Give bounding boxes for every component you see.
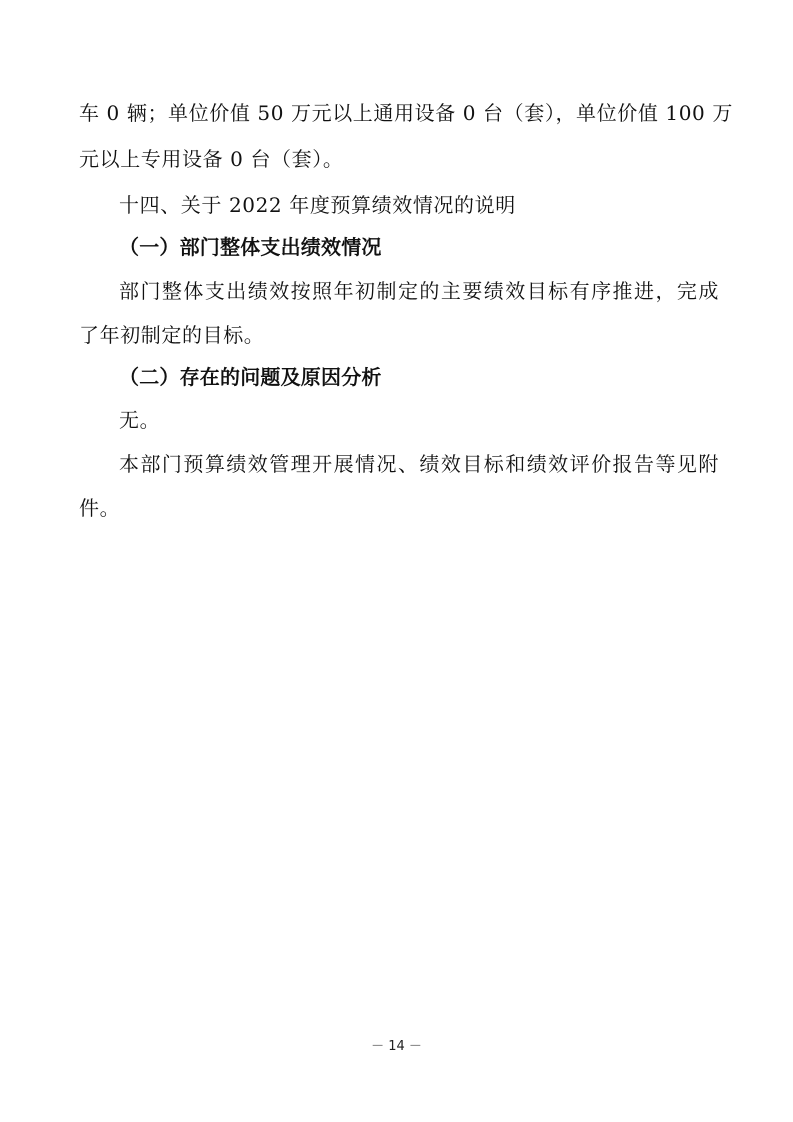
subsection-heading: （一）部门整体支出绩效情况 — [119, 232, 719, 262]
section-heading: 十四、关于 2022 年度预算绩效情况的说明 — [119, 190, 719, 220]
body-text-line: 了年初制定的目标。 — [79, 320, 719, 350]
body-text-line: 件。 — [79, 493, 719, 523]
body-text-line: 元以上专用设备 0 台（套）。 — [79, 144, 719, 174]
document-page: 车 0 辆；单位价值 50 万元以上通用设备 0 台（套），单位价值 100 万… — [0, 0, 793, 1122]
body-text-line: 本部门预算绩效管理开展情况、绩效目标和绩效评价报告等见附 — [119, 449, 719, 479]
subsection-heading: （二）存在的问题及原因分析 — [119, 362, 719, 392]
body-text-line: 部门整体支出绩效按照年初制定的主要绩效目标有序推进，完成 — [119, 276, 719, 306]
body-text-line: 无。 — [119, 405, 719, 435]
page-number: － 14 － — [0, 1038, 793, 1056]
body-text-line: 车 0 辆；单位价值 50 万元以上通用设备 0 台（套），单位价值 100 万 — [79, 98, 719, 128]
